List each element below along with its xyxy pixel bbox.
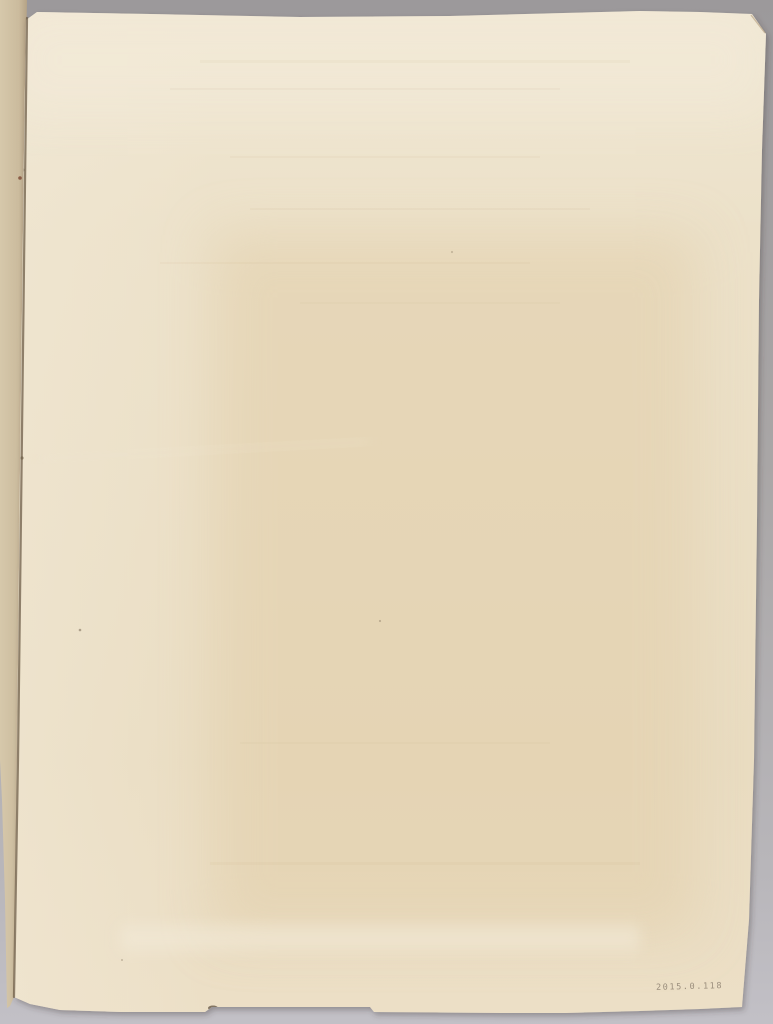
photo-scene: 2015.0.118 bbox=[0, 0, 773, 1024]
photo-illustration bbox=[0, 0, 773, 1024]
accession-inscription: 2015.0.118 bbox=[656, 981, 723, 993]
crease-fleck bbox=[18, 176, 22, 180]
